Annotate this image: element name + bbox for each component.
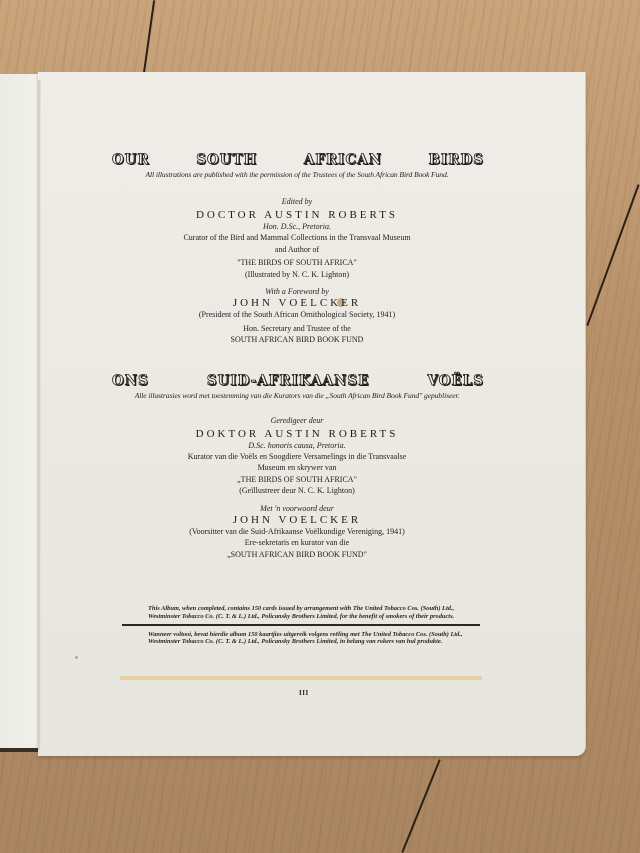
foreword-role: (President of the South African Ornithol…	[92, 309, 502, 321]
title-word: BIRDS	[429, 152, 484, 168]
title-word: OUR	[112, 152, 150, 168]
editor-role: Curator of the Bird and Mammal Collectio…	[92, 232, 502, 244]
divider-rule	[122, 624, 480, 626]
table-crack	[143, 0, 155, 74]
title-word: AFRICAN	[304, 152, 382, 168]
foreword-role: „SOUTH AFRICAN BIRD BOOK FUND"	[92, 549, 502, 561]
foxing-spot	[75, 656, 78, 659]
foreword-role: Ere-sekretaris en kurator van die	[92, 537, 502, 549]
foreword-role: SOUTH AFRICAN BIRD BOOK FUND	[92, 334, 502, 346]
title-page: OUR SOUTH AFRICAN BIRDS All illustration…	[92, 152, 502, 560]
editor-role: Museum en skrywer van	[92, 462, 502, 474]
editor-name: DOKTOR AUSTIN ROBERTS	[92, 428, 502, 440]
editor-role: Kurator van die Voëls en Soogdiere Versa…	[92, 451, 502, 463]
editor-degree: Hon. D.Sc., Pretoria.	[92, 221, 502, 232]
english-title: OUR SOUTH AFRICAN BIRDS	[92, 152, 502, 168]
foreword-label: With a Foreword by	[92, 286, 502, 297]
afrikaans-album-note: Wanneer voltooi, bevat hierdie album 150…	[120, 631, 480, 646]
page-number: III	[299, 689, 309, 697]
editor-name: DOCTOR AUSTIN ROBERTS	[92, 209, 502, 221]
editor-role: and Author of	[92, 244, 502, 256]
book-title: „THE BIRDS OF SOUTH AFRICA"	[92, 474, 502, 486]
table-crack	[401, 759, 440, 852]
foreword-label: Met 'n voorwoord deur	[92, 503, 502, 514]
english-album-note: This Album, when completed, contains 150…	[120, 605, 480, 620]
illustrator-credit: (Geïllustreer deur N. C. K. Lighton)	[92, 485, 502, 497]
foreword-role: (Voorsitter van die Suid-Afrikaanse Voël…	[92, 526, 502, 538]
editor-degree: D.Sc. honoris causa, Pretoria.	[92, 440, 502, 451]
title-word: SUID-AFRIKAANSE	[207, 373, 370, 389]
album-notes: This Album, when completed, contains 150…	[120, 605, 480, 646]
title-word: SOUTH	[196, 152, 257, 168]
title-word: VOËLS	[427, 373, 484, 389]
english-subtitle: All illustrations are published with the…	[92, 170, 502, 179]
book-title: "THE BIRDS OF SOUTH AFRICA"	[92, 257, 502, 269]
foreword-author: JOHN VOELCKER	[92, 297, 502, 309]
foreword-role: Hon. Secretary and Trustee of the	[92, 323, 502, 335]
title-word: ONS	[112, 373, 149, 389]
foreword-author: JOHN VOELCKER	[92, 514, 502, 526]
afrikaans-subtitle: Alle illustrasies word met toestemming v…	[92, 391, 502, 400]
book-gutter	[38, 80, 41, 750]
table-crack	[586, 184, 639, 325]
decorative-rule	[120, 676, 482, 680]
afrikaans-title: ONS SUID-AFRIKAANSE VOËLS	[92, 373, 502, 389]
edited-by-label: Edited by	[92, 197, 502, 206]
illustrator-credit: (Illustrated by N. C. K. Lighton)	[92, 269, 502, 281]
edited-by-label: Geredigeer deur	[92, 416, 502, 425]
